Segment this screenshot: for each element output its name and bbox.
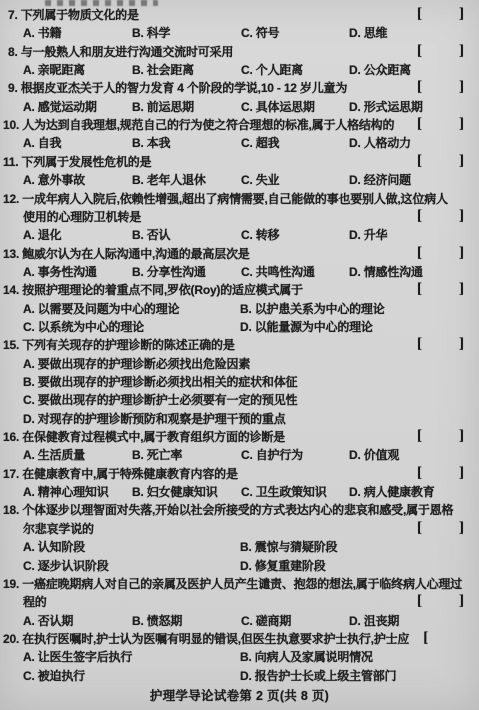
question-18-stem-line: 18. 个体逐步以理智面对失落,开始以社会所接受的方式表达内心的悲哀和感受,属于… bbox=[0, 501, 479, 520]
question-14-option-d: D. 以能量源为中心的理论 bbox=[240, 318, 373, 337]
question-18-option-b: B. 震惊与猜疑阶段 bbox=[240, 538, 337, 557]
question-17-options: A. 精神心理知识B. 妇女健康知识C. 卫生政策知识D. 病人健康教育 bbox=[0, 483, 479, 502]
answer-bracket-open: [ bbox=[417, 207, 422, 226]
question-13-option-a: A. 事务性沟通 bbox=[23, 263, 97, 282]
answer-bracket-close: ] bbox=[459, 5, 464, 24]
question-17-option-c: C. 卫生政策知识 bbox=[241, 483, 327, 502]
question-14-options: C. 以系统为中心的理论D. 以能量源为中心的理论 bbox=[0, 318, 479, 337]
question-stem: 13. 鲍威尔认为在人际沟通中,沟通的最高层次是 bbox=[3, 245, 250, 264]
question-11-stem-line: 11. 下列属于发展性危机的是[] bbox=[0, 153, 479, 172]
question-20-option-a: A. 让医生签字后执行 bbox=[23, 648, 132, 667]
question-14-option-c: C. 以系统为中心的理论 bbox=[23, 318, 144, 337]
answer-bracket-open: [ bbox=[417, 5, 422, 24]
question-13-option-d: D. 情感性沟通 bbox=[349, 263, 423, 282]
answer-bracket-close: ] bbox=[459, 207, 464, 226]
question-8-option-a: A. 亲昵距离 bbox=[23, 61, 85, 80]
question-16-options: A. 生活质量B. 死亡率C. 自护行为D. 价值观 bbox=[0, 446, 479, 465]
question-stem: 14. 按照护理理论的着重点不同,罗依(Roy)的适应模式属于 bbox=[3, 281, 303, 300]
question-10-option-d: D. 人格动力 bbox=[349, 134, 411, 153]
question-stem: 17. 在健康教育中,属于特殊健康教育内容的是 bbox=[3, 465, 238, 484]
answer-bracket-open: [ bbox=[417, 78, 422, 97]
answer-bracket-open: [ bbox=[417, 592, 422, 611]
question-9-stem-line: 9. 根据皮亚杰关于人的智力发育 4 个阶段的学说,10 - 12 岁儿童为[] bbox=[0, 79, 479, 98]
question-7-option-b: B. 科学 bbox=[132, 24, 170, 43]
question-stem: 7. 下列属于物质文化的是 bbox=[8, 6, 139, 25]
question-17-option-a: A. 精神心理知识 bbox=[23, 483, 109, 502]
question-19-option-b: B. 愤怒期 bbox=[132, 612, 182, 631]
answer-bracket-close: ] bbox=[459, 592, 464, 611]
question-13-option-c: C. 共鸣性沟通 bbox=[241, 263, 315, 282]
question-18-options: C. 逐步认识阶段D. 修复重建阶段 bbox=[0, 557, 479, 576]
answer-bracket-open: [ bbox=[417, 244, 422, 263]
question-10-option-b: B. 本我 bbox=[132, 134, 170, 153]
answer-bracket-close: ] bbox=[459, 464, 464, 483]
answer-bracket-open: [ bbox=[417, 519, 422, 538]
question-stem: 10. 人为达到自我理想,规范自己的行为使之符合理想的标准,属于人格结构的 bbox=[3, 116, 394, 135]
question-15-options: C. 要做出现存的护理诊断护士必须要有一定的预见性 bbox=[0, 391, 479, 410]
answer-bracket-close: ] bbox=[459, 42, 464, 61]
question-19-options: A. 否认期B. 愤怒期C. 磋商期D. 沮丧期 bbox=[0, 612, 479, 631]
question-9-options: A. 感觉运动期B. 前运思期C. 具体运思期D. 形式运思期 bbox=[0, 98, 479, 117]
question-9-option-b: B. 前运思期 bbox=[132, 98, 194, 117]
question-16-option-a: A. 生活质量 bbox=[23, 446, 85, 465]
question-stem: 18. 个体逐步以理智面对失落,开始以社会所接受的方式表达内心的悲哀和感受,属于… bbox=[3, 501, 453, 520]
question-stem-continuation: 尔悲哀学说的 bbox=[23, 520, 94, 539]
question-stem-continuation: 程的 bbox=[23, 593, 47, 612]
question-18-option-c: C. 逐步认识阶段 bbox=[23, 557, 109, 576]
question-15-options: D. 对现存的护理诊断预防和观察是护理干预的重点 bbox=[0, 410, 479, 429]
question-13-options: A. 事务性沟通B. 分享性沟通C. 共鸣性沟通D. 情感性沟通 bbox=[0, 263, 479, 282]
question-18-stem-line: 尔悲哀学说的[] bbox=[0, 520, 479, 539]
answer-bracket-close: ] bbox=[459, 280, 464, 299]
question-stem-continuation: 使用的心理防卫机转是 bbox=[23, 208, 141, 227]
answer-bracket-close: ] bbox=[459, 152, 464, 171]
answer-bracket-open: [ bbox=[417, 464, 422, 483]
question-stem: 11. 下列属于发展性危机的是 bbox=[3, 153, 151, 172]
question-15-option-b: B. 要做出现存的护理诊断必须找出相关的症状和体征 bbox=[23, 373, 297, 392]
question-7-stem-line: 7. 下列属于物质文化的是[] bbox=[0, 6, 479, 25]
question-20-options: C. 被迫执行D. 报告护士长或上级主管部门 bbox=[0, 667, 479, 686]
question-19-option-c: C. 磋商期 bbox=[241, 612, 291, 631]
question-stem: 8. 与一般熟人和朋友进行沟通交流时可采用 bbox=[8, 43, 233, 62]
question-10-option-c: C. 超我 bbox=[241, 134, 279, 153]
answer-bracket-open: [ bbox=[417, 335, 422, 354]
question-20-stem-line: 20. 在执行医嘱时,护士认为医嘱有明显的错误,但医生执意要求护士执行,护士应[… bbox=[0, 630, 479, 649]
question-12-option-d: D. 升华 bbox=[349, 226, 387, 245]
question-15-option-a: A. 要做出现存的护理诊断必须找出危险因素 bbox=[23, 355, 250, 374]
question-12-option-c: C. 转移 bbox=[241, 226, 279, 245]
question-18-option-d: D. 修复重建阶段 bbox=[240, 557, 326, 576]
question-stem: 19. 一癌症晚期病人对自己的亲属及医护人员产生谴责、抱怨的想法,属于临终病人心… bbox=[3, 575, 462, 594]
question-20-option-d: D. 报告护士长或上级主管部门 bbox=[240, 667, 396, 686]
question-11-option-a: A. 意外事故 bbox=[23, 171, 85, 190]
question-8-option-b: B. 社会距离 bbox=[132, 61, 194, 80]
question-17-option-d: D. 病人健康教育 bbox=[349, 483, 435, 502]
question-15-stem-line: 15. 下列有关现存的护理诊断的陈述正确的是[] bbox=[0, 336, 479, 355]
question-16-option-c: C. 自护行为 bbox=[241, 446, 303, 465]
question-16-stem-line: 16. 在保健教育过程模式中,属于教育组织方面的诊断是[] bbox=[0, 428, 479, 447]
question-9-option-c: C. 具体运思期 bbox=[241, 98, 315, 117]
question-14-options: A. 以需要及问题为中心的理论B. 以护患关系为中心的理论 bbox=[0, 300, 479, 319]
question-10-option-a: A. 自我 bbox=[23, 134, 61, 153]
question-19-option-d: D. 沮丧期 bbox=[349, 612, 399, 631]
question-8-option-c: C. 个人距离 bbox=[241, 61, 303, 80]
question-11-option-c: C. 失业 bbox=[241, 171, 279, 190]
question-stem: 20. 在执行医嘱时,护士认为医嘱有明显的错误,但医生执意要求护士执行,护士应[… bbox=[3, 630, 479, 649]
question-12-stem-line: 使用的心理防卫机转是[] bbox=[0, 208, 479, 227]
question-14-stem-line: 14. 按照护理理论的着重点不同,罗依(Roy)的适应模式属于[] bbox=[0, 281, 479, 300]
question-8-options: A. 亲昵距离B. 社会距离C. 个人距离D. 公众距离 bbox=[0, 61, 479, 80]
answer-bracket-close: ] bbox=[459, 244, 464, 263]
question-17-option-b: B. 妇女健康知识 bbox=[132, 483, 218, 502]
answer-bracket-close: ] bbox=[459, 115, 464, 134]
answer-bracket-open: [ bbox=[417, 115, 422, 134]
question-12-option-b: B. 否认 bbox=[132, 226, 170, 245]
question-12-option-a: A. 退化 bbox=[23, 226, 61, 245]
question-11-option-b: B. 老年人退休 bbox=[132, 171, 206, 190]
question-13-option-b: B. 分享性沟通 bbox=[132, 263, 206, 282]
question-7-options: A. 书籍B. 科学C. 符号D. 思维 bbox=[0, 24, 479, 43]
question-11-option-d: D. 经济问题 bbox=[349, 171, 411, 190]
question-17-stem-line: 17. 在健康教育中,属于特殊健康教育内容的是[] bbox=[0, 465, 479, 484]
question-7-option-c: C. 符号 bbox=[241, 24, 279, 43]
question-7-option-a: A. 书籍 bbox=[23, 24, 61, 43]
question-8-option-d: D. 公众距离 bbox=[349, 61, 411, 80]
answer-bracket-open: [ bbox=[417, 280, 422, 299]
question-16-option-b: B. 死亡率 bbox=[132, 446, 182, 465]
question-19-stem-line: 程的[] bbox=[0, 593, 479, 612]
question-7-option-d: D. 思维 bbox=[349, 24, 387, 43]
question-14-option-a: A. 以需要及问题为中心的理论 bbox=[23, 300, 179, 319]
question-stem: 15. 下列有关现存的护理诊断的陈述正确的是 bbox=[3, 336, 235, 355]
question-20-option-b: B. 向病人及家属说明情况 bbox=[240, 648, 373, 667]
question-14-option-b: B. 以护患关系为中心的理论 bbox=[240, 300, 385, 319]
answer-bracket-open: [ bbox=[417, 152, 422, 171]
question-9-option-d: D. 形式运思期 bbox=[349, 98, 423, 117]
answer-bracket-close: ] bbox=[459, 519, 464, 538]
question-9-option-a: A. 感觉运动期 bbox=[23, 98, 97, 117]
question-16-option-d: D. 价值观 bbox=[349, 446, 399, 465]
answer-bracket-open: [ bbox=[417, 427, 422, 446]
question-20-option-c: C. 被迫执行 bbox=[23, 667, 85, 686]
question-13-stem-line: 13. 鲍威尔认为在人际沟通中,沟通的最高层次是[] bbox=[0, 245, 479, 264]
question-18-options: A. 认知阶段B. 震惊与猜疑阶段 bbox=[0, 538, 479, 557]
question-20-options: A. 让医生签字后执行B. 向病人及家属说明情况 bbox=[0, 648, 479, 667]
answer-bracket-close: ] bbox=[459, 78, 464, 97]
question-stem: 9. 根据皮亚杰关于人的智力发育 4 个阶段的学说,10 - 12 岁儿童为 bbox=[8, 79, 347, 98]
question-11-options: A. 意外事故B. 老年人退休C. 失业D. 经济问题 bbox=[0, 171, 479, 190]
question-10-options: A. 自我B. 本我C. 超我D. 人格动力 bbox=[0, 134, 479, 153]
answer-bracket-close: ] bbox=[459, 335, 464, 354]
question-15-option-d: D. 对现存的护理诊断预防和观察是护理干预的重点 bbox=[23, 410, 286, 429]
answer-bracket-open: [ bbox=[423, 629, 428, 648]
question-15-options: A. 要做出现存的护理诊断必须找出危险因素 bbox=[0, 355, 479, 374]
question-19-option-a: A. 否认期 bbox=[23, 612, 73, 631]
question-15-options: B. 要做出现存的护理诊断必须找出相关的症状和体征 bbox=[0, 373, 479, 392]
question-stem: 12. 一成年病人入院后,依赖性增强,超出了病情需要,自己能做的事也要别人做,这… bbox=[3, 190, 448, 209]
question-18-option-a: A. 认知阶段 bbox=[23, 538, 85, 557]
question-12-stem-line: 12. 一成年病人入院后,依赖性增强,超出了病情需要,自己能做的事也要别人做,这… bbox=[0, 190, 479, 209]
question-stem: 16. 在保健教育过程模式中,属于教育组织方面的诊断是 bbox=[3, 428, 285, 447]
answer-bracket-open: [ bbox=[417, 42, 422, 61]
exam-page: 7. 下列属于物质文化的是[]A. 书籍B. 科学C. 符号D. 思维8. 与一… bbox=[0, 0, 479, 710]
question-10-stem-line: 10. 人为达到自我理想,规范自己的行为使之符合理想的标准,属于人格结构的[] bbox=[0, 116, 479, 135]
question-19-stem-line: 19. 一癌症晚期病人对自己的亲属及医护人员产生谴责、抱怨的想法,属于临终病人心… bbox=[0, 575, 479, 594]
question-12-options: A. 退化B. 否认C. 转移D. 升华 bbox=[0, 226, 479, 245]
page-footer: 护理学导论试卷第 2 页(共 8 页) bbox=[0, 686, 479, 706]
question-8-stem-line: 8. 与一般熟人和朋友进行沟通交流时可采用[] bbox=[0, 43, 479, 62]
question-15-option-c: C. 要做出现存的护理诊断护士必须要有一定的预见性 bbox=[23, 391, 297, 410]
answer-bracket-close: ] bbox=[459, 427, 464, 446]
